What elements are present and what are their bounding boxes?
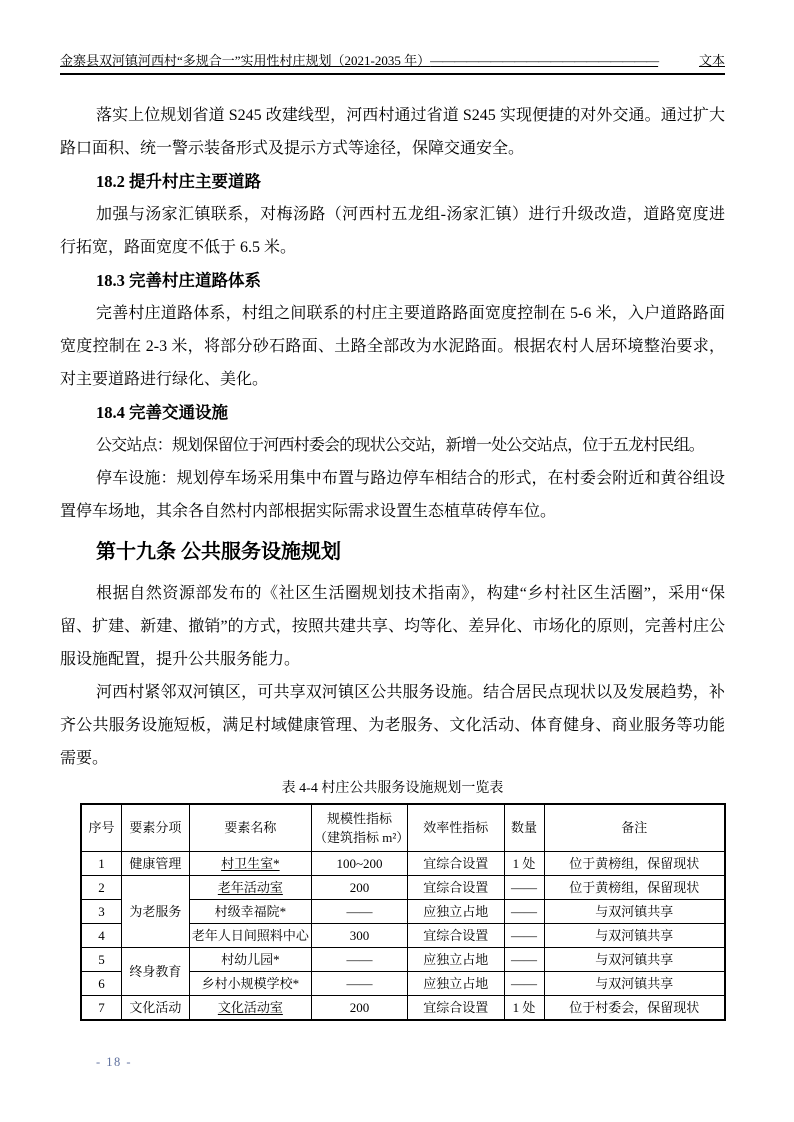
cell-name: 老年活动室 <box>189 876 311 900</box>
cell-quantity: 1 处 <box>504 996 544 1021</box>
table-row: 1健康管理村卫生室*100~200宜综合设置1 处位于黄榜组，保留现状 <box>81 852 725 876</box>
cell-quantity: —— <box>504 900 544 924</box>
heading-article-19: 第十九条 公共服务设施规划 <box>60 528 725 577</box>
column-header: 规模性指标（建筑指标 m²） <box>312 804 408 852</box>
cell-scale-indicator: 300 <box>312 924 408 948</box>
cell-note: 与双河镇共享 <box>544 972 725 996</box>
cell-scale-indicator: 100~200 <box>312 852 408 876</box>
paragraph-main-road: 加强与汤家汇镇联系，对梅汤路（河西村五龙组-汤家汇镇）进行升级改造，道路宽度进行… <box>60 198 725 264</box>
heading-18-3: 18.3 完善村庄道路体系 <box>60 264 725 297</box>
cell-no: 2 <box>81 876 122 900</box>
cell-quantity: —— <box>504 948 544 972</box>
cell-efficiency-indicator: 应独立占地 <box>407 900 504 924</box>
heading-18-2: 18.2 提升村庄主要道路 <box>60 165 725 198</box>
cell-category: 健康管理 <box>122 852 190 876</box>
header-dash-leader: ——————————————————— <box>430 52 699 70</box>
cell-quantity: 1 处 <box>504 852 544 876</box>
cell-note: 与双河镇共享 <box>544 924 725 948</box>
column-header: 效率性指标 <box>407 804 504 852</box>
cell-efficiency-indicator: 宜综合设置 <box>407 876 504 900</box>
table-row: 2为老服务老年活动室200宜综合设置——位于黄榜组，保留现状 <box>81 876 725 900</box>
cell-efficiency-indicator: 宜综合设置 <box>407 924 504 948</box>
cell-note: 位于黄榜组，保留现状 <box>544 852 725 876</box>
cell-quantity: —— <box>504 972 544 996</box>
table-header-row: 序号要素分项要素名称规模性指标（建筑指标 m²）效率性指标数量备注 <box>81 804 725 852</box>
cell-note: 位于黄榜组，保留现状 <box>544 876 725 900</box>
paragraph-parking: 停车设施：规划停车场采用集中布置与路边停车相结合的形式，在村委会附近和黄谷组设置… <box>60 462 725 528</box>
header-doc-type: 文本 <box>699 52 725 70</box>
paragraph-living-circle: 根据自然资源部发布的《社区生活圈规划技术指南》，构建“乡村社区生活圈”，采用“保… <box>60 577 725 676</box>
document-page: 金寨县双河镇河西村“多规合一”实用性村庄规划（2021-2035 年） ————… <box>0 0 794 1122</box>
column-header: 备注 <box>544 804 725 852</box>
cell-scale-indicator: —— <box>312 948 408 972</box>
cell-efficiency-indicator: 宜综合设置 <box>407 852 504 876</box>
cell-scale-indicator: 200 <box>312 996 408 1021</box>
cell-name: 文化活动室 <box>189 996 311 1021</box>
cell-scale-indicator: —— <box>312 972 408 996</box>
paragraph-road-system: 完善村庄道路体系，村组之间联系的村庄主要道路路面宽度控制在 5-6 米，入户道路… <box>60 297 725 396</box>
cell-efficiency-indicator: 应独立占地 <box>407 972 504 996</box>
column-header: 序号 <box>81 804 122 852</box>
cell-name: 村幼儿园* <box>189 948 311 972</box>
table-row: 7文化活动文化活动室200宜综合设置1 处位于村委会，保留现状 <box>81 996 725 1021</box>
cell-name: 村级幸福院* <box>189 900 311 924</box>
cell-name: 老年人日间照料中心 <box>189 924 311 948</box>
cell-category: 文化活动 <box>122 996 190 1021</box>
table-caption: 表 4-4 村庄公共服务设施规划一览表 <box>60 779 725 799</box>
column-header: 要素名称 <box>189 804 311 852</box>
public-service-facilities-table: 序号要素分项要素名称规模性指标（建筑指标 m²）效率性指标数量备注 1健康管理村… <box>80 803 726 1021</box>
page-header: 金寨县双河镇河西村“多规合一”实用性村庄规划（2021-2035 年） ————… <box>60 52 725 75</box>
cell-no: 7 <box>81 996 122 1021</box>
cell-scale-indicator: —— <box>312 900 408 924</box>
cell-no: 4 <box>81 924 122 948</box>
cell-name: 村卫生室* <box>189 852 311 876</box>
cell-no: 5 <box>81 948 122 972</box>
cell-category: 终身教育 <box>122 948 190 996</box>
cell-quantity: —— <box>504 924 544 948</box>
cell-efficiency-indicator: 宜综合设置 <box>407 996 504 1021</box>
cell-note: 位于村委会，保留现状 <box>544 996 725 1021</box>
cell-no: 3 <box>81 900 122 924</box>
header-title: 金寨县双河镇河西村“多规合一”实用性村庄规划（2021-2035 年） <box>60 52 430 70</box>
cell-no: 6 <box>81 972 122 996</box>
cell-quantity: —— <box>504 876 544 900</box>
cell-no: 1 <box>81 852 122 876</box>
cell-scale-indicator: 200 <box>312 876 408 900</box>
column-header: 数量 <box>504 804 544 852</box>
cell-note: 与双河镇共享 <box>544 948 725 972</box>
paragraph-road-s245: 落实上位规划省道 S245 改建线型，河西村通过省道 S245 实现便捷的对外交… <box>60 99 725 165</box>
heading-18-4: 18.4 完善交通设施 <box>60 396 725 429</box>
paragraph-bus-stop: 公交站点：规划保留位于河西村委会的现状公交站，新增一处公交站点，位于五龙村民组。 <box>60 429 725 462</box>
column-header: 要素分项 <box>122 804 190 852</box>
document-body: 落实上位规划省道 S245 改建线型，河西村通过省道 S245 实现便捷的对外交… <box>60 99 725 1070</box>
page-number: - 18 - <box>96 1055 725 1070</box>
cell-note: 与双河镇共享 <box>544 900 725 924</box>
cell-category: 为老服务 <box>122 876 190 948</box>
cell-efficiency-indicator: 应独立占地 <box>407 948 504 972</box>
cell-name: 乡村小规模学校* <box>189 972 311 996</box>
paragraph-shared-facilities: 河西村紧邻双河镇区，可共享双河镇区公共服务设施。结合居民点现状以及发展趋势，补齐… <box>60 676 725 775</box>
table-row: 5终身教育村幼儿园*——应独立占地——与双河镇共享 <box>81 948 725 972</box>
